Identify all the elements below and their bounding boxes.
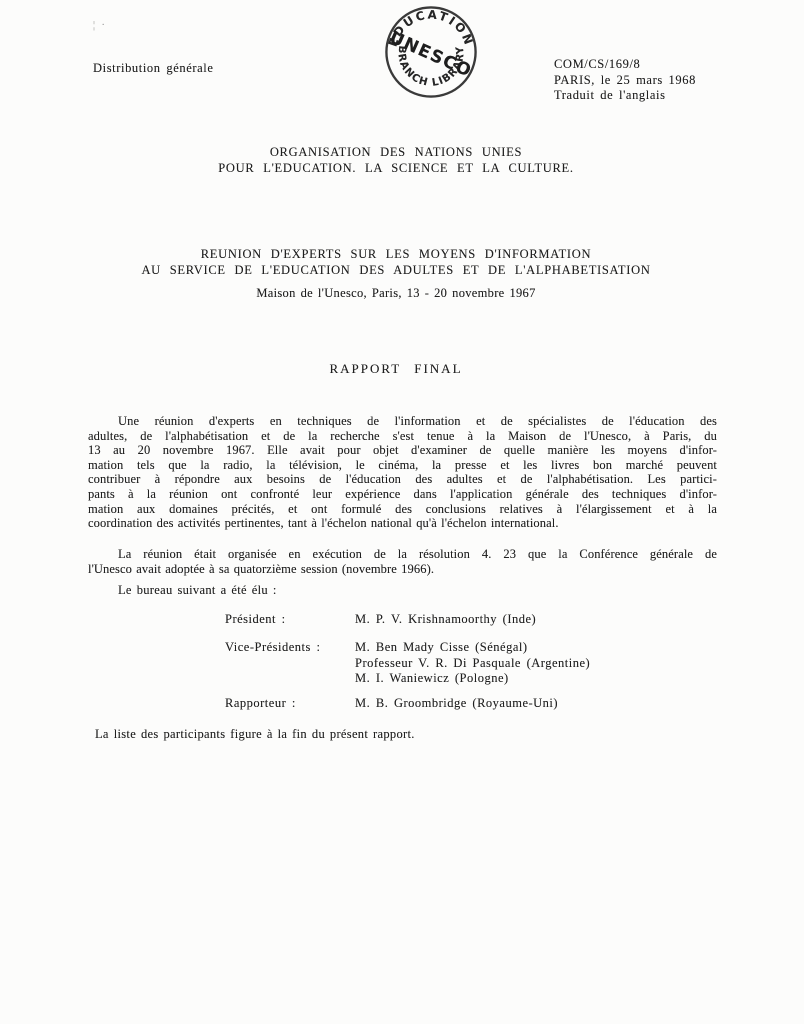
- translation-note: Traduit de l'anglais: [554, 88, 696, 104]
- bureau-row-vicepresidents-label: Vice-Présidents :: [225, 640, 321, 655]
- place-and-date: PARIS, le 25 mars 1968: [554, 73, 696, 89]
- bureau-row-rapporteur-value: M. B. Groombridge (Royaume-Uni): [355, 696, 558, 711]
- organisation-title-line1: ORGANISATION DES NATIONS UNIES: [0, 145, 792, 161]
- meeting-title: REUNION D'EXPERTS SUR LES MOYENS D'INFOR…: [0, 247, 792, 278]
- vice-president-3: M. I. Waniewicz (Pologne): [355, 671, 590, 687]
- bureau-intro-line: Le bureau suivant a été élu :: [118, 583, 277, 598]
- distribution-note: Distribution générale: [93, 61, 213, 76]
- paragraph-line: mation tels que la radio, la télévision,…: [88, 458, 717, 473]
- organisation-title-line2: POUR L'EDUCATION. LA SCIENCE ET LA CULTU…: [0, 161, 792, 177]
- paragraph-line: Une réunion d'experts en techniques de l…: [88, 414, 717, 429]
- paragraph-line: l'Unesco avait adoptée à sa quatorzième …: [88, 562, 717, 577]
- scan-stray-marks: ¦ ·: [93, 20, 107, 31]
- vice-president-2: Professeur V. R. Di Pasquale (Argentine): [355, 656, 590, 672]
- paragraph-line: 13 au 20 novembre 1967. Elle avait pour …: [88, 443, 717, 458]
- bureau-row-vicepresidents-values: M. Ben Mady Cisse (Sénégal) Professeur V…: [355, 640, 590, 687]
- paragraph-line: La réunion était organisée en exécution …: [88, 547, 717, 562]
- unesco-library-stamp: EDUCATION BRANCH LIBRARY UNESCO: [382, 3, 480, 101]
- bureau-row-rapporteur-label: Rapporteur :: [225, 696, 296, 711]
- paragraph-line: coordination des activités pertinentes, …: [88, 516, 717, 531]
- header-right-block: COM/CS/169/8 PARIS, le 25 mars 1968 Trad…: [554, 57, 696, 104]
- vice-president-1: M. Ben Mady Cisse (Sénégal): [355, 640, 590, 656]
- closing-line: La liste des participants figure à la fi…: [95, 727, 415, 742]
- body-paragraph-2: La réunion était organisée en exécution …: [88, 547, 717, 576]
- meeting-title-line1: REUNION D'EXPERTS SUR LES MOYENS D'INFOR…: [0, 247, 792, 263]
- venue-date-line: Maison de l'Unesco, Paris, 13 - 20 novem…: [0, 286, 792, 301]
- body-paragraph-1: Une réunion d'experts en techniques de l…: [88, 414, 717, 531]
- document-page: ¦ · Distribution générale EDUCATION BRAN…: [0, 0, 804, 1024]
- paragraph-line: contribuer à répondre aux besoins de l'é…: [88, 472, 717, 487]
- paragraph-line: pants à la réunion ont confronté leur ex…: [88, 487, 717, 502]
- bureau-row-president-value: M. P. V. Krishnamoorthy (Inde): [355, 612, 536, 627]
- report-heading: RAPPORT FINAL: [0, 361, 792, 377]
- organisation-title: ORGANISATION DES NATIONS UNIES POUR L'ED…: [0, 145, 792, 176]
- document-reference: COM/CS/169/8: [554, 57, 696, 73]
- paragraph-line: adultes, de l'alphabétisation et de la r…: [88, 429, 717, 444]
- meeting-title-line2: AU SERVICE DE L'EDUCATION DES ADULTES ET…: [0, 263, 792, 279]
- bureau-row-president-label: Président :: [225, 612, 286, 627]
- paragraph-line: mation aux domaines précités, et ont for…: [88, 502, 717, 517]
